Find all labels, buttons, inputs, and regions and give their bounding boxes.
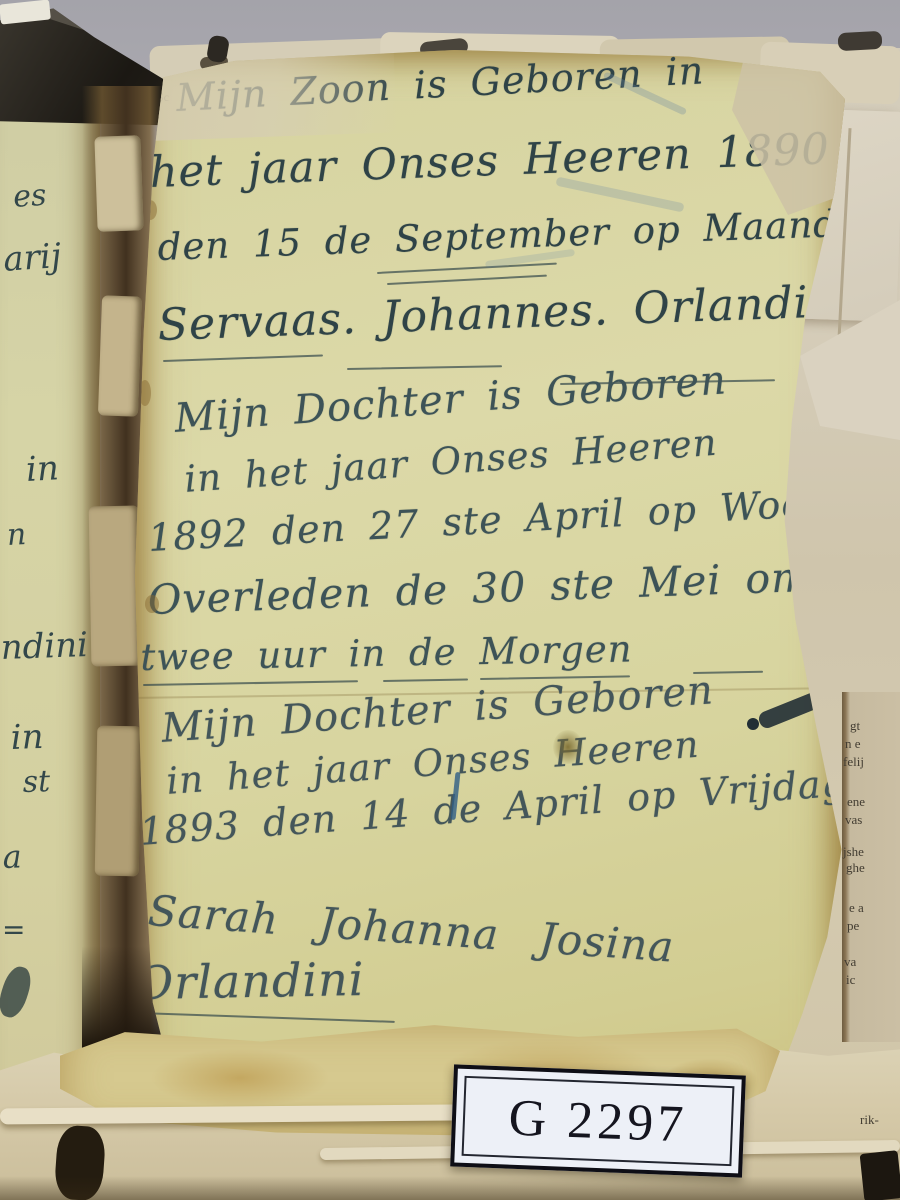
photo-open-family-register: es arij in n ndini in st a = Sc Mijn Zoo… xyxy=(0,0,900,1200)
torn-page-stub xyxy=(95,726,142,877)
printed-text-fragment: va xyxy=(844,954,856,970)
printed-text-fragment: n e xyxy=(845,736,861,752)
left-page-word-fragment: st xyxy=(22,764,51,800)
printed-page-fragment: gt n e felij ene vas jshe ghe e a pe va … xyxy=(842,692,900,1042)
bottom-shadow xyxy=(0,1176,900,1200)
handwriting-line-overleden: Overleden de 30 ste Mei om xyxy=(147,553,812,624)
underline xyxy=(163,354,323,362)
torn-page-stub xyxy=(98,295,142,416)
brown-stain xyxy=(553,730,583,764)
printed-text-fragment: e a xyxy=(849,900,864,916)
main-page: Sc Mijn Zoon is Geboren in het jaar Onse… xyxy=(135,50,845,1145)
underline xyxy=(387,275,547,285)
printed-text-fragment: felij xyxy=(843,754,864,770)
printed-text-fragment: ghe xyxy=(846,860,865,876)
left-page-word-fragment: arij xyxy=(2,236,63,280)
underline xyxy=(140,1012,395,1023)
shadow-blob xyxy=(838,31,883,51)
printed-text-fragment: ene xyxy=(847,794,865,810)
archive-label: G 2297 xyxy=(450,1064,746,1177)
left-page-word-fragment: = xyxy=(2,913,25,946)
underline xyxy=(143,680,358,686)
printed-text-fragment: rik- xyxy=(860,1112,879,1128)
printed-text-fragment: ic xyxy=(846,972,855,988)
underline xyxy=(347,365,502,370)
printed-text-fragment: gt xyxy=(850,718,860,734)
stain xyxy=(150,1048,330,1108)
left-page-word-fragment: es xyxy=(12,178,48,215)
handwriting-line-overleden-2: twee uur in de Morgen xyxy=(140,627,633,679)
printed-text-fragment: pe xyxy=(847,918,859,934)
archive-label-border: G 2297 xyxy=(462,1076,735,1166)
left-page-word-fragment: n xyxy=(6,517,27,553)
archive-label-text: G 2297 xyxy=(508,1088,689,1154)
torn-page-stub xyxy=(89,506,142,667)
handwriting-line-son-name: Servaas. Johannes. Orlandini xyxy=(157,276,854,351)
left-page-word-fragment: a xyxy=(2,837,22,876)
printed-text-fragment: jshe xyxy=(843,844,864,860)
edge-stain xyxy=(145,595,159,613)
left-page-word-fragment: ndini xyxy=(0,625,89,668)
printed-text-fragment: vas xyxy=(845,812,862,828)
underline xyxy=(383,679,468,682)
dark-corner xyxy=(860,1150,900,1200)
handwriting-line-daughter-name-2: Orlandini xyxy=(135,952,365,1010)
torn-page-stub xyxy=(94,135,143,232)
left-page-word-fragment: in xyxy=(25,448,60,490)
left-page-word-fragment: in xyxy=(10,717,44,758)
ink-mark xyxy=(0,963,35,1020)
ink-bleed-mark xyxy=(555,177,684,213)
ink-smudge-dot xyxy=(747,718,759,730)
underline xyxy=(377,263,557,274)
